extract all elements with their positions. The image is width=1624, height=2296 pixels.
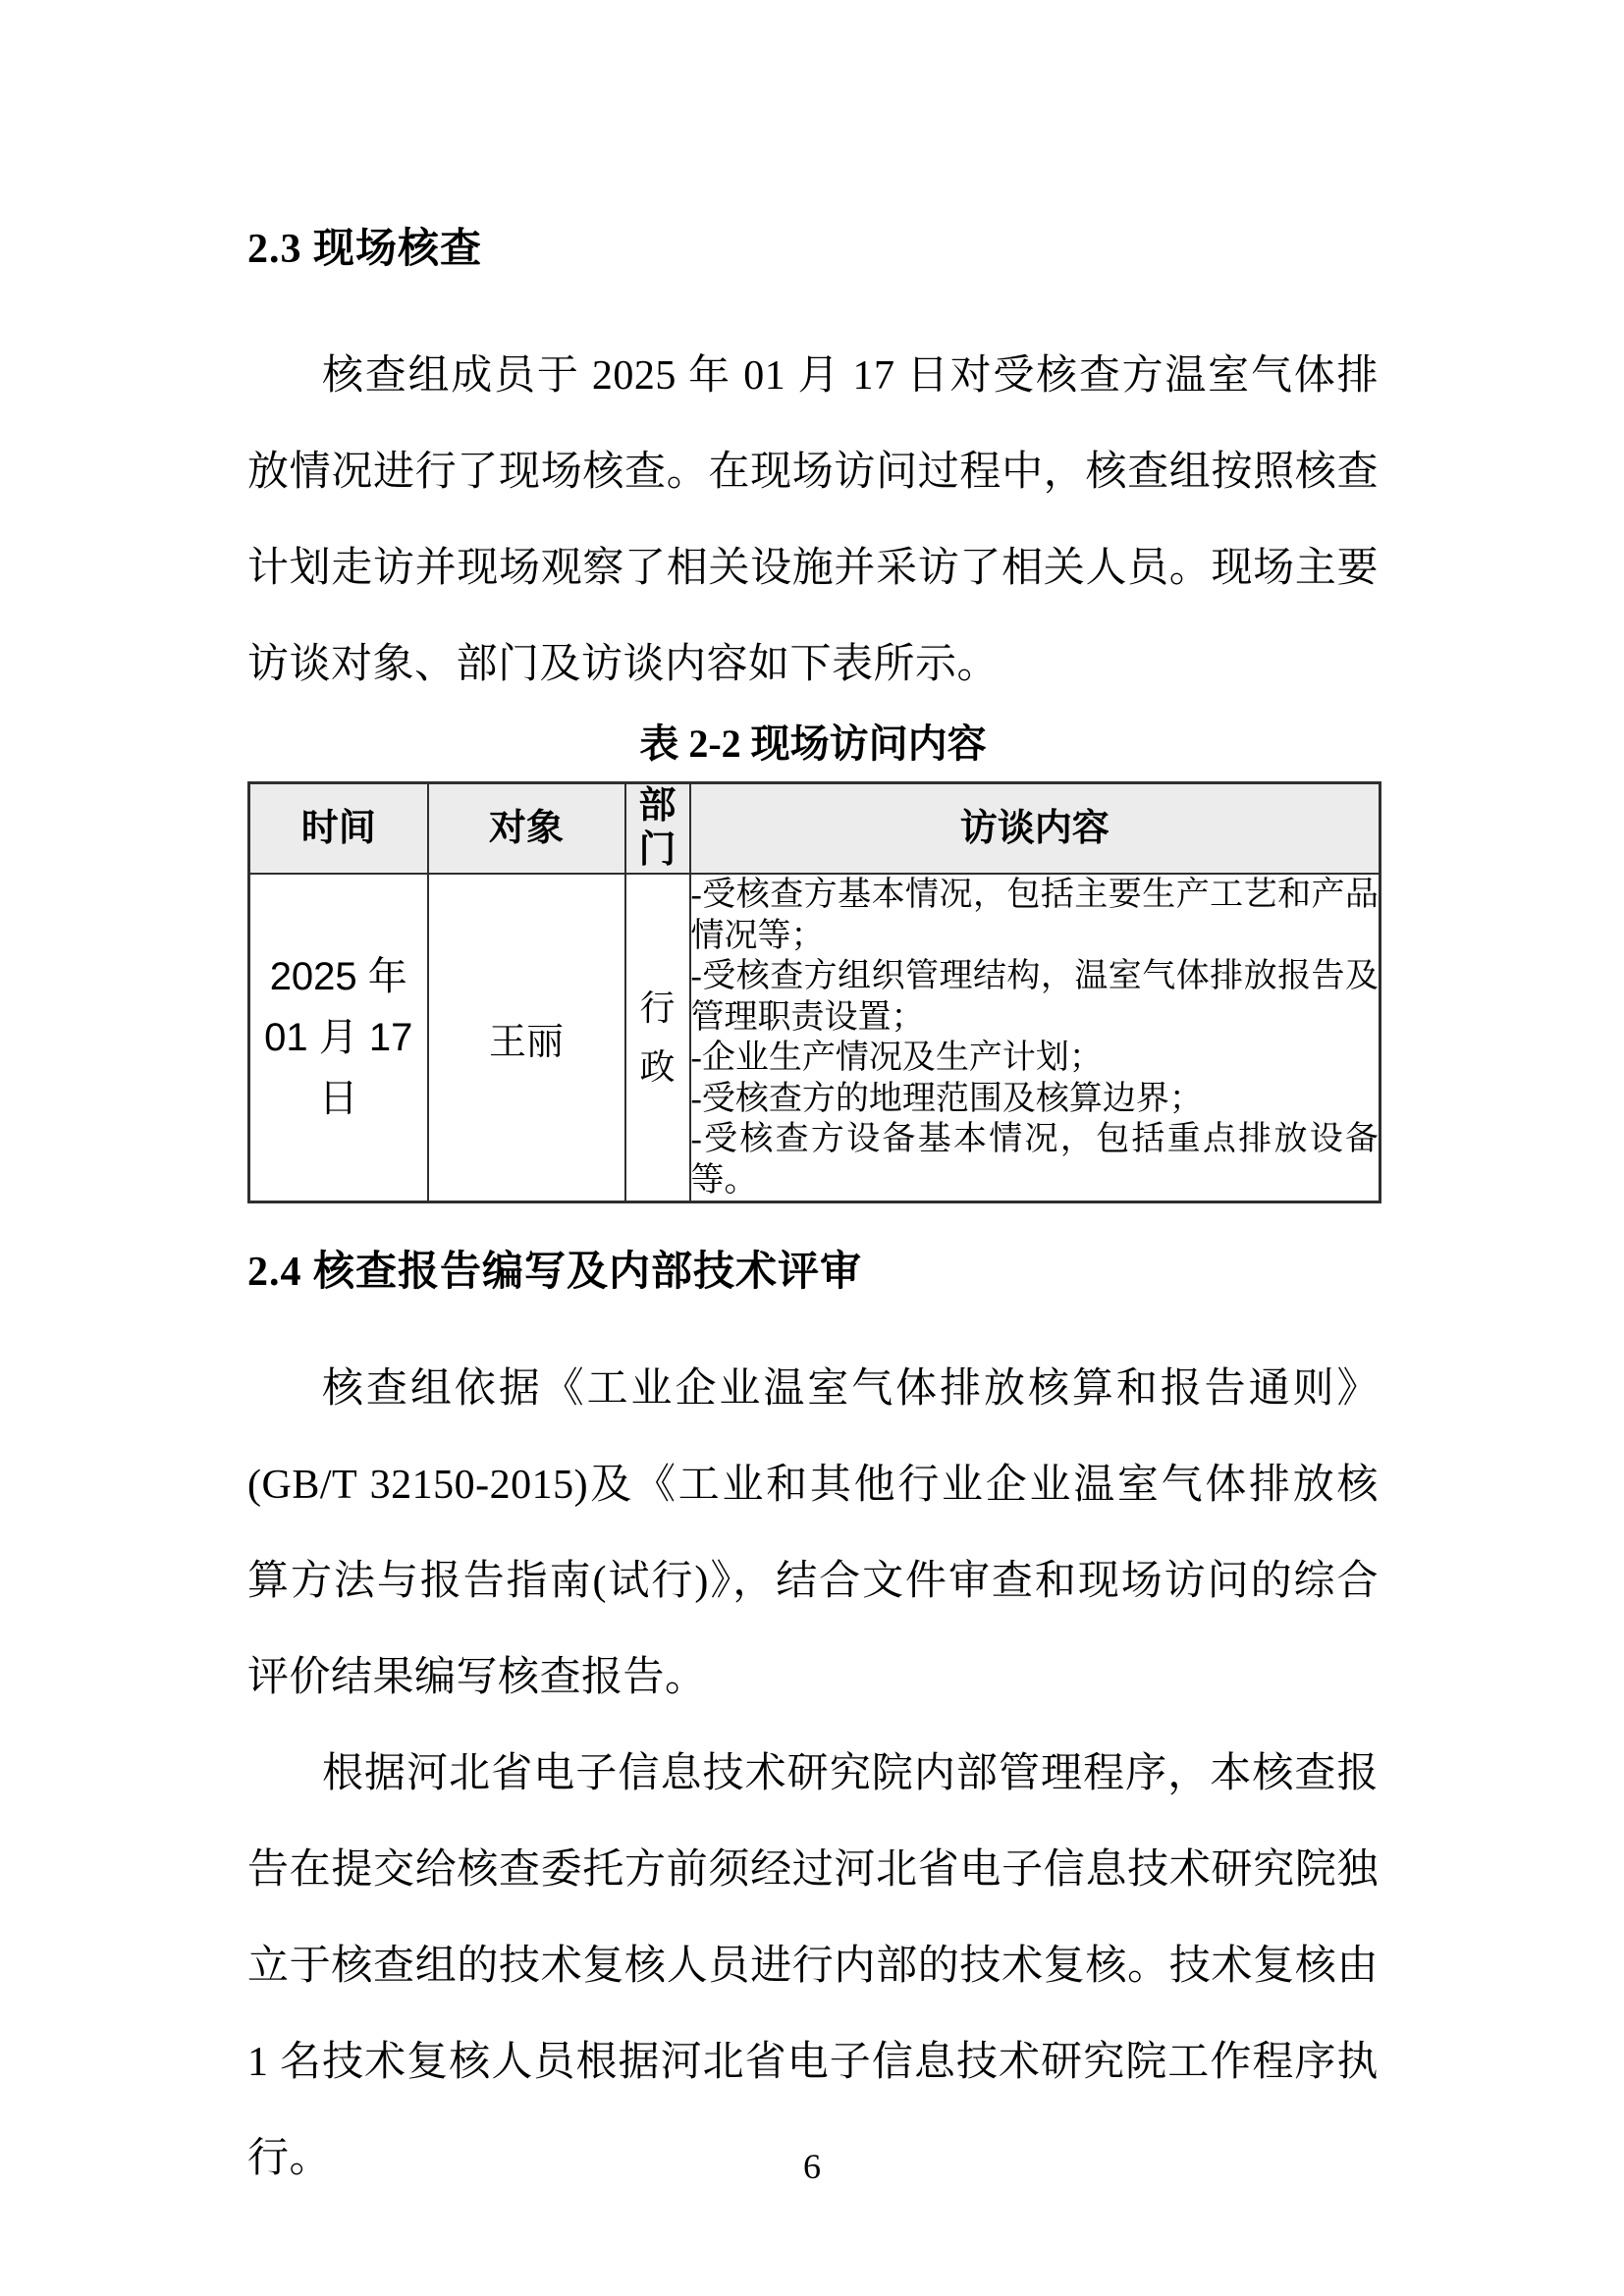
col-header-department: 部门	[625, 783, 690, 875]
table-header-row: 时间 对象 部门 访谈内容	[249, 783, 1380, 875]
table-2-2-title: 表 2-2 现场访问内容	[247, 719, 1379, 770]
interview-content-item: -受核查方设备基本情况，包括重点排放设备等。	[691, 1119, 1380, 1201]
interview-content-item: -受核查方组织管理结构，温室气体排放报告及管理职责设置；	[691, 956, 1380, 1038]
cell-time: 2025 年 01 月 17 日	[249, 874, 428, 1202]
document-page: 2.3 现场核查 核查组成员于 2025 年 01 月 17 日对受核查方温室气…	[0, 224, 1624, 2207]
section-2-4-heading: 2.4 核查报告编写及内部技术评审	[247, 1247, 1379, 1298]
cell-department: 行政	[625, 874, 690, 1202]
table-body: 2025 年 01 月 17 日 王丽 行政 -受核查方基本情况，包括主要生产工…	[249, 874, 1380, 1202]
section-2-3-paragraph: 核查组成员于 2025 年 01 月 17 日对受核查方温室气体排放情况进行了现…	[247, 328, 1379, 713]
section-2-4-paragraph-1: 核查组依据《工业企业温室气体排放核算和报告通则》(GB/T 32150-2015…	[247, 1341, 1379, 1726]
site-visit-table: 时间 对象 部门 访谈内容 2025 年 01 月 17 日 王丽 行政 -受核…	[247, 781, 1381, 1203]
time-line-2: 01 月 17 日	[250, 1007, 427, 1129]
cell-interview-contents: -受核查方基本情况，包括主要生产工艺和产品情况等； -受核查方组织管理结构，温室…	[690, 874, 1380, 1202]
col-header-interview-content: 访谈内容	[690, 783, 1380, 875]
table-header: 时间 对象 部门 访谈内容	[249, 783, 1380, 875]
section-2-3-heading: 2.3 现场核查	[247, 224, 1379, 275]
cell-person: 王丽	[428, 874, 625, 1202]
interview-content-item: -企业生产情况及生产计划；	[691, 1038, 1380, 1079]
interview-content-item: -受核查方基本情况，包括主要生产工艺和产品情况等；	[691, 875, 1380, 956]
section-2-4-paragraph-2: 根据河北省电子信息技术研究院内部管理程序，本核查报告在提交给核查委托方前须经过河…	[247, 1726, 1379, 2207]
table-row: 2025 年 01 月 17 日 王丽 行政 -受核查方基本情况，包括主要生产工…	[249, 874, 1380, 1202]
time-line-1: 2025 年	[250, 946, 427, 1007]
col-header-time: 时间	[249, 783, 428, 875]
interview-content-item: -受核查方的地理范围及核算边界；	[691, 1079, 1380, 1120]
col-header-person: 对象	[428, 783, 625, 875]
page-number: 6	[0, 2145, 1624, 2188]
